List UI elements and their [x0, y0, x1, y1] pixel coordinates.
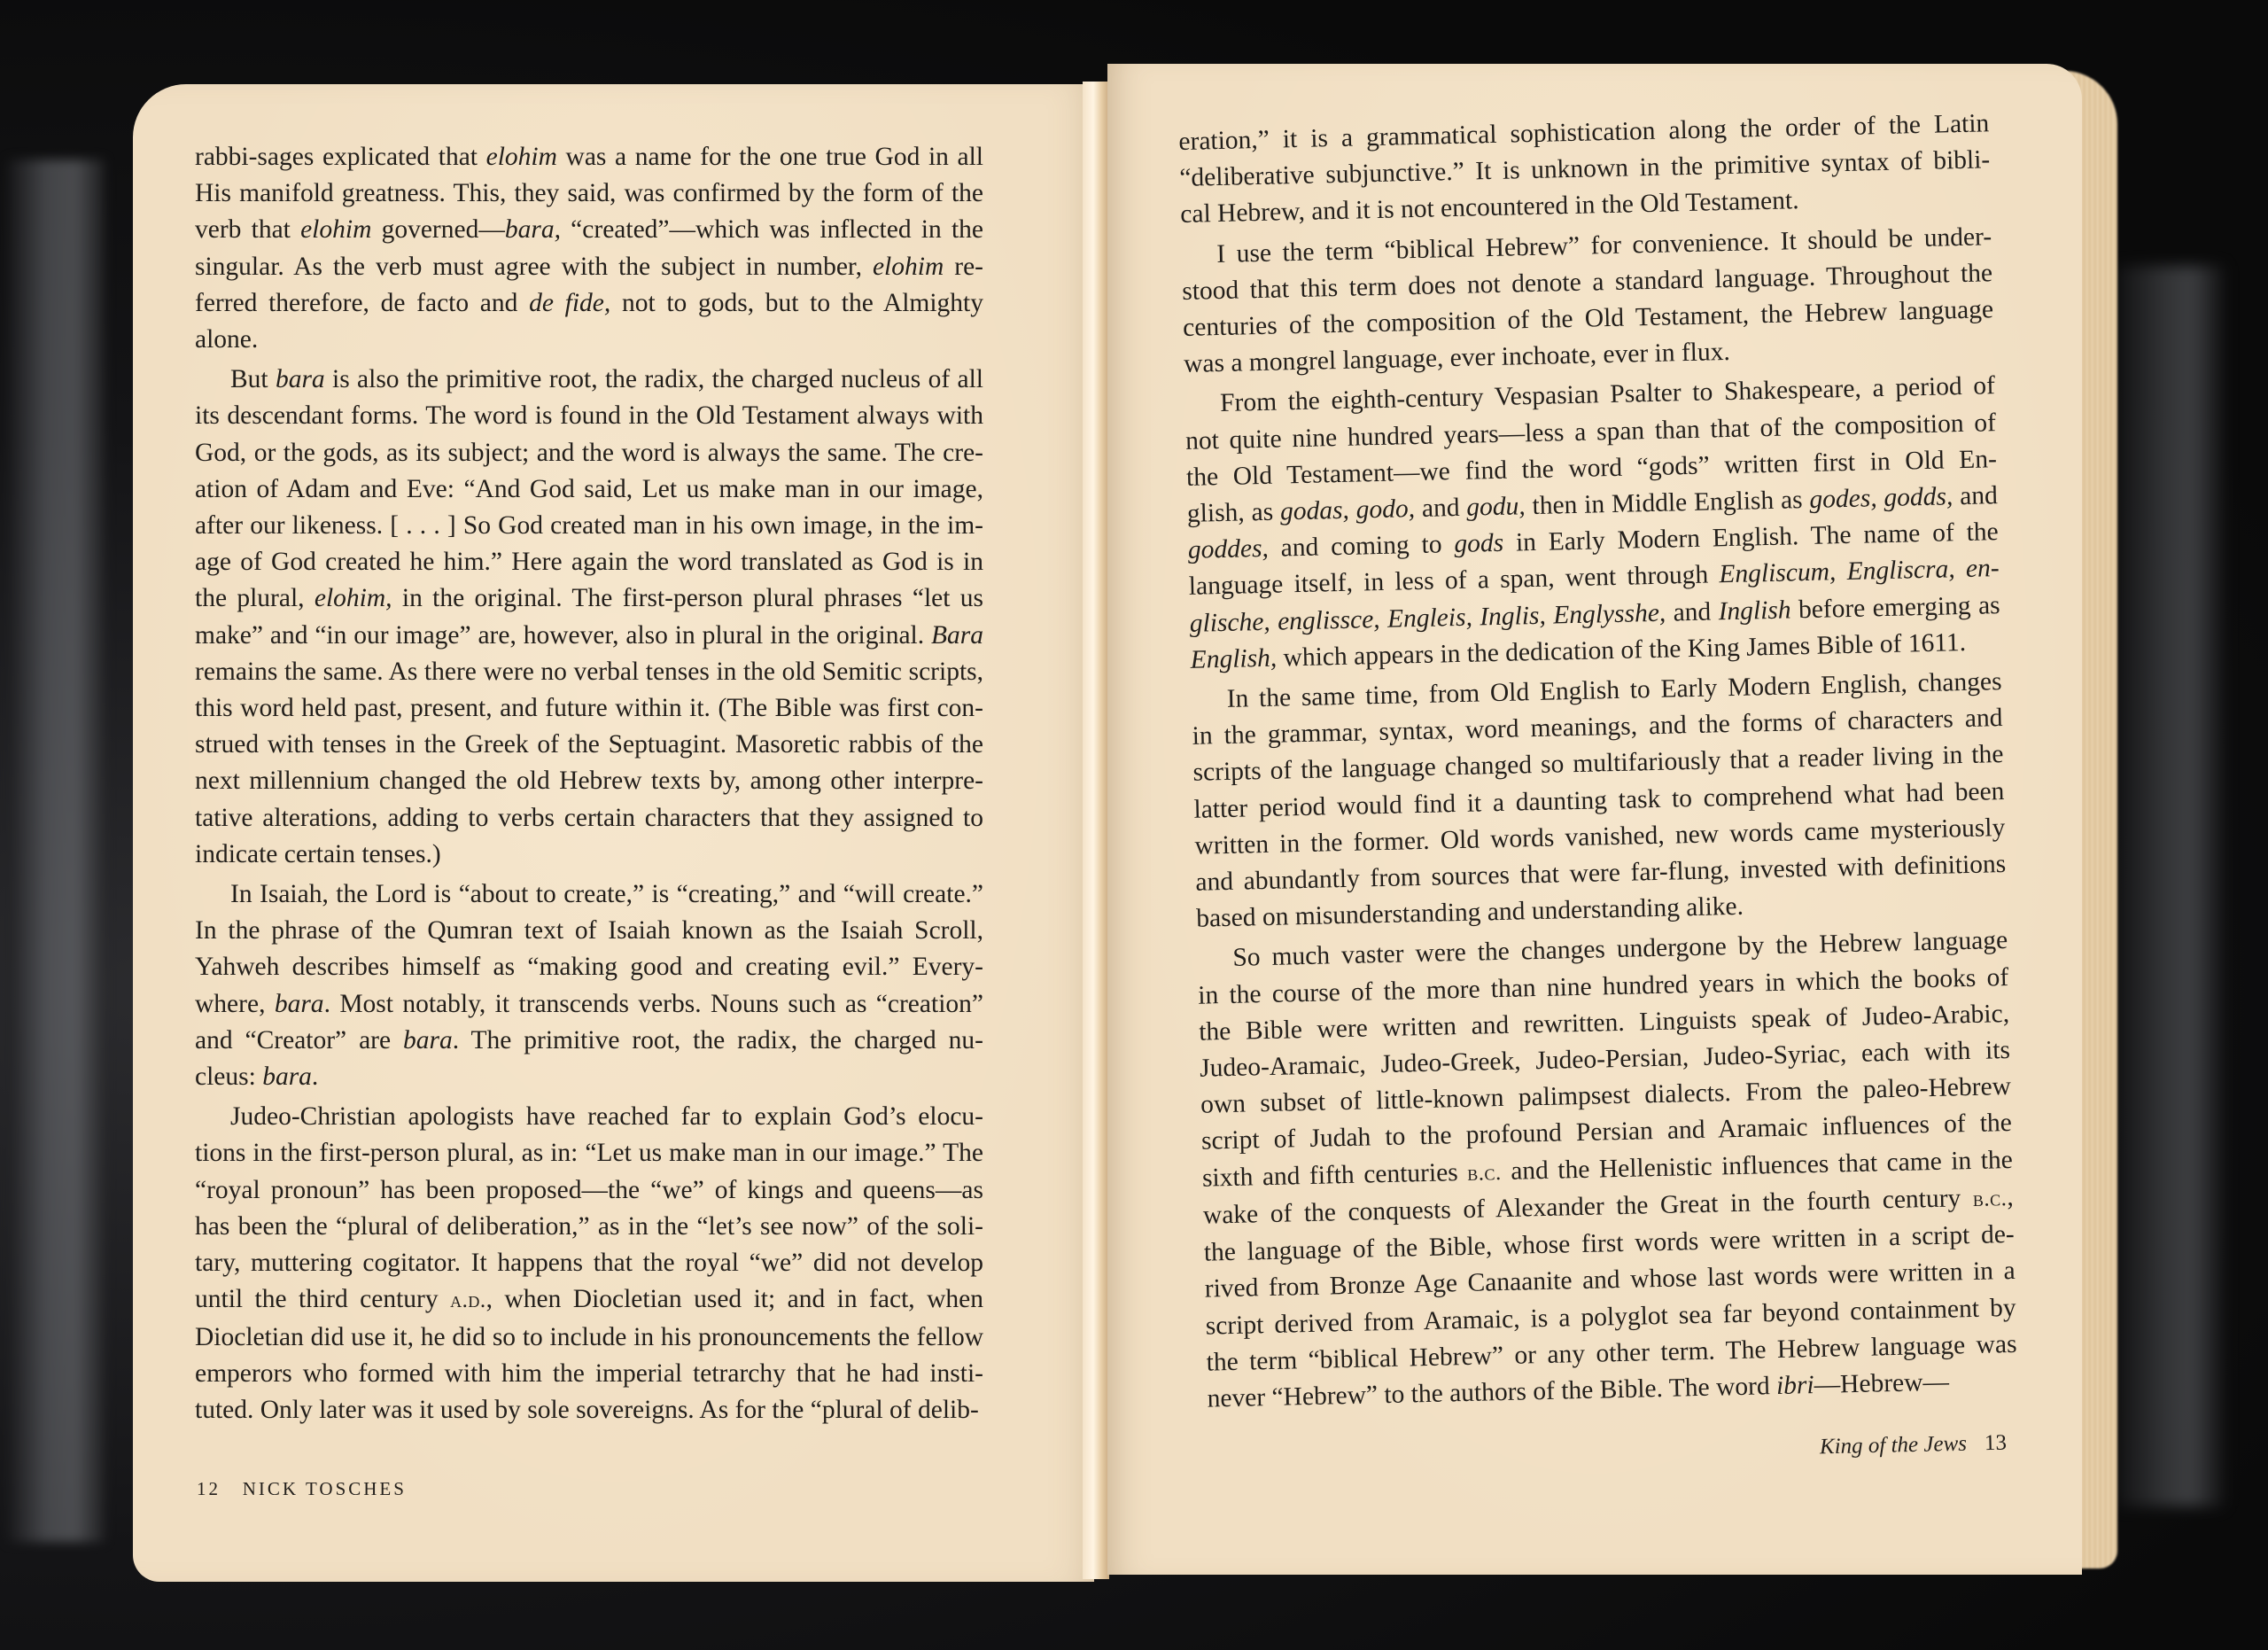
left-page-body: rabbi-sages explicated that elohim was a… — [195, 139, 983, 1428]
text-line: ation of Adam and Eve: “And God said, Le… — [195, 471, 983, 508]
text-line: tuted. Only later was it used by sole so… — [195, 1392, 983, 1428]
page-number-right: 13 — [1984, 1431, 2008, 1456]
text-line: “royal pronoun” has been proposed—the “w… — [195, 1172, 983, 1209]
text-line: His manifold greatness. This, they said,… — [195, 175, 983, 212]
right-page: eration,” it is a grammatical sophistica… — [1107, 64, 2082, 1575]
text-line: age of God created he him.” Here again t… — [195, 544, 983, 580]
right-page-body: eration,” it is a grammatical sophistica… — [1178, 105, 2018, 1417]
text-line: tary, muttering cogitator. It happens th… — [195, 1245, 983, 1281]
text-line: singular. As the verb must agree with th… — [195, 249, 983, 285]
paragraph: Judeo-Christian apologists have reached … — [195, 1099, 983, 1428]
paragraph: I use the term “biblical Hebrew” for con… — [1181, 219, 1995, 384]
text-line: But bara is also the primitive root, the… — [195, 362, 983, 398]
paragraph: rabbi-sages explicated that elohim was a… — [195, 139, 983, 358]
text-line: next millennium changed the old Hebrew t… — [195, 763, 983, 799]
paragraph: In Isaiah, the Lord is “about to create,… — [195, 876, 983, 1095]
paragraph: In the same time, from Old English to Ea… — [1191, 664, 2007, 938]
text-line: make” and “in our image” are, however, a… — [195, 618, 983, 654]
page-number-left: 12 — [197, 1478, 221, 1499]
text-line: ferred therefore, de facto and de fide, … — [195, 285, 983, 322]
running-head-author: NICK TOSCHES — [243, 1478, 407, 1499]
text-line: tions in the first-person plural, as in:… — [195, 1135, 983, 1171]
text-line: cleus: bara. — [195, 1059, 983, 1095]
running-head-title: King of the Jews — [1820, 1432, 1968, 1459]
text-line: God, or the gods, as its subject; and th… — [195, 435, 983, 471]
text-line: strued with tenses in the Greek of the S… — [195, 727, 983, 763]
text-line: Judeo-Christian apologists have reached … — [195, 1099, 983, 1135]
text-line: and “Creator” are bara. The primitive ro… — [195, 1023, 983, 1059]
text-line: where, bara. Most notably, it transcends… — [195, 986, 983, 1023]
text-line: In the phrase of the Qumran text of Isai… — [195, 913, 983, 949]
paragraph: eration,” it is a grammatical sophistica… — [1178, 105, 1992, 233]
paragraph: From the eighth-century Vespasian Psalte… — [1184, 369, 2001, 679]
text-line: Diocletian did use it, he did so to incl… — [195, 1319, 983, 1356]
text-line: remains the same. As there were no verba… — [195, 654, 983, 690]
text-line: rabbi-sages explicated that elohim was a… — [195, 139, 983, 175]
text-line: Yahweh describes himself as “making good… — [195, 949, 983, 985]
text-line: verb that elohim governed—bara, “created… — [195, 212, 983, 248]
scanner-shadow-right — [2117, 266, 2224, 1506]
text-line: indicate certain tenses.) — [195, 837, 983, 873]
text-line: tative alterations, adding to verbs cert… — [195, 800, 983, 837]
text-line: alone. — [195, 322, 983, 358]
text-line: its descendant forms. The word is found … — [195, 398, 983, 434]
text-line: after our likeness. [ . . . ] So God cre… — [195, 508, 983, 544]
text-line: this word held past, present, and future… — [195, 690, 983, 727]
left-page: rabbi-sages explicated that elohim was a… — [133, 84, 1094, 1582]
text-line: the plural, elohim, in the original. The… — [195, 580, 983, 617]
book-spine-gutter — [1083, 82, 1109, 1579]
text-line: emperors who formed with him the imperia… — [195, 1356, 983, 1392]
text-line: has been the “plural of deliberation,” a… — [195, 1209, 983, 1245]
paragraph: So much vaster were the changes undergon… — [1197, 922, 2018, 1417]
paragraph: But bara is also the primitive root, the… — [195, 362, 983, 873]
text-line: In Isaiah, the Lord is “about to create,… — [195, 876, 983, 913]
text-line: until the third century a.d., when Diocl… — [195, 1281, 983, 1319]
left-page-footer: 12 NICK TOSCHES — [197, 1478, 407, 1500]
scanner-shadow-left — [7, 160, 105, 1542]
right-page-footer: King of the Jews13 — [1820, 1431, 2008, 1460]
